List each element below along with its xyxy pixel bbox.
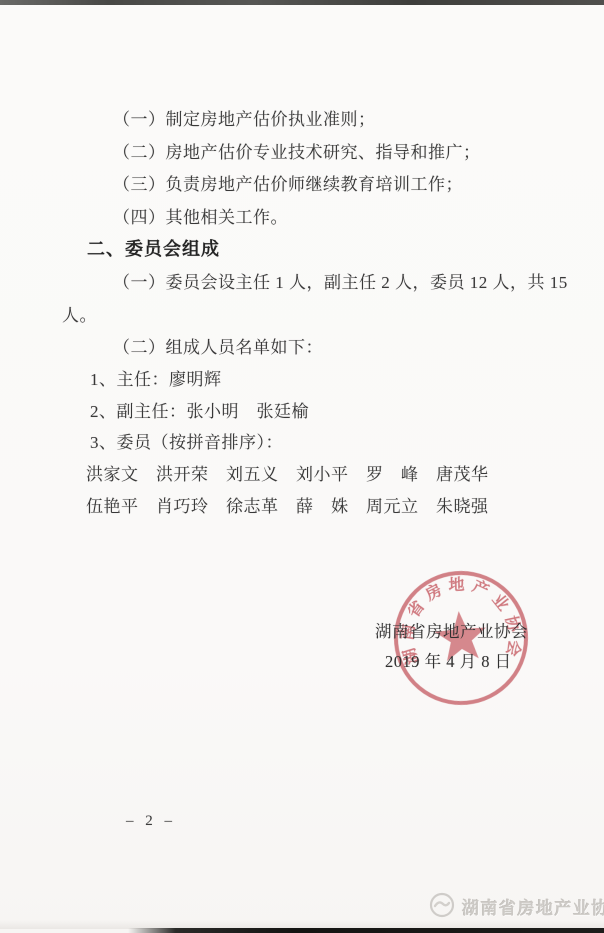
roster-item-members-label: 3、委员（按拼音排序）： — [90, 432, 283, 453]
duty-item-4: （四）其他相关工作。 — [113, 207, 288, 228]
composition-paragraph-line-2: 人。 — [62, 305, 97, 326]
duty-item-2: （二）房地产估价专业技术研究、指导和推广； — [113, 142, 481, 163]
duty-item-3: （三）负责房地产估价师继续教育培训工作； — [113, 174, 463, 195]
scan-top-edge — [0, 0, 604, 5]
page-number: – 2 – — [126, 811, 176, 832]
member-names-row-1: 洪家文 洪开荣 刘五义 刘小平 罗 峰 唐茂华 — [86, 464, 489, 485]
roster-item-deputy-directors: 2、副主任：张小明 张廷榆 — [90, 401, 309, 422]
association-logo-icon — [429, 892, 455, 918]
signature-date: 2019 年 4 月 8 日 — [385, 651, 512, 672]
duty-item-1: （一）制定房地产估价执业准则； — [113, 109, 376, 130]
footer-org-name: 湖南省房地产业协会 — [462, 894, 604, 919]
signature-org: 湖南省房地产业协会 — [375, 621, 528, 642]
composition-paragraph-line-1: （一）委员会设主任 1 人，副主任 2 人，委员 12 人，共 15 — [113, 272, 568, 293]
scan-bottom-edge — [128, 928, 604, 933]
member-names-row-2: 伍艳平 肖巧玲 徐志革 薛 姝 周元立 朱晓强 — [86, 496, 489, 517]
section-heading: 二、委员会组成 — [87, 239, 220, 260]
roster-item-director: 1、主任：廖明辉 — [90, 369, 222, 390]
roster-intro: （二）组成人员名单如下： — [113, 337, 323, 358]
